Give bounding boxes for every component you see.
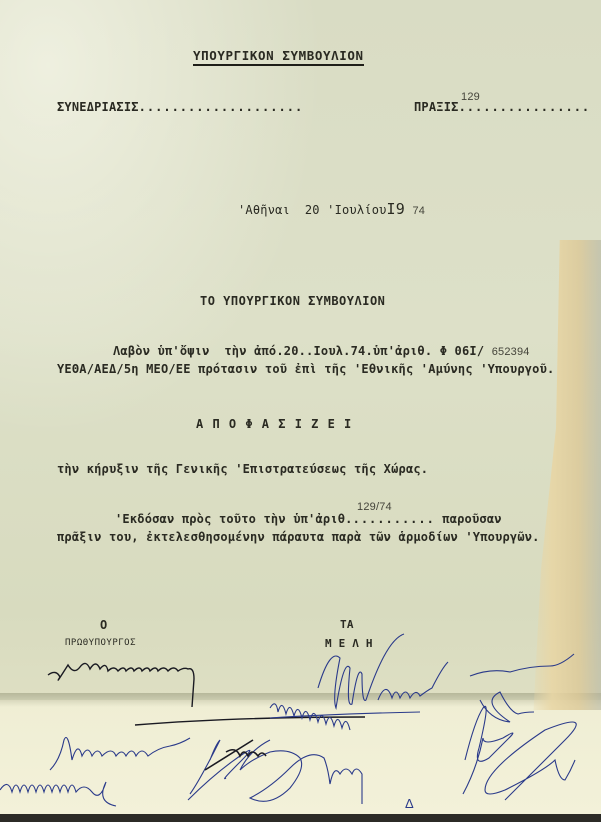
session-dots: .................... (139, 100, 304, 114)
act-number: 129 (461, 91, 480, 103)
para2-text-b: παροῦσαν (435, 512, 502, 526)
bottom-border (0, 814, 601, 822)
date-month: 'Ιουλίου (327, 203, 386, 217)
date-year-hand: 74 (412, 205, 425, 217)
para1-hand-number: 652394 (492, 346, 530, 358)
para1-text-a: Λαβὸν ὑπ'ὄψιν τὴν ἀπό. (113, 344, 284, 358)
session-label: ΣΥΝΕΔΡΙΑΣΙΣ (57, 100, 139, 114)
date-year-typed: I9 (387, 200, 405, 218)
corner-mark: Δ (405, 796, 414, 811)
right-sign-title: Μ Ε Λ Η (325, 637, 373, 650)
decision-text: τὴν κήρυξιν τῆς Γενικῆς 'Επιστρατεύσεως … (57, 462, 428, 476)
para2-line2: πρᾶξιν του, ἐκτελεσθησομένην πάραυτα παρ… (57, 530, 540, 544)
session-field: ΣΥΝΕΔΡΙΑΣΙΣ.................... (57, 100, 303, 114)
para1-text-b: .ὑπ'ἀριθ. Φ 06I/ (365, 344, 484, 358)
para2-dots: .......... (353, 512, 435, 526)
para2-text-a: 'Εκδόσαν πρὸς τοῦτο τὴν ὑπ'ἀριθ. (115, 512, 353, 526)
header-title: ΥΠΟΥΡΓΙΚΟΝ ΣΥΜΒΟΥΛΙΟΝ (193, 48, 364, 66)
para2-line1: 'Εκδόσαν πρὸς τοῦτο τὴν ὑπ'ἀριθ.........… (115, 512, 502, 526)
date-line: 'Αθῆναι 20 'ΙουλίουI9 74 (238, 200, 425, 218)
para1-hand-date: 20..Ιουλ.74 (284, 344, 366, 358)
body-title: ΤΟ ΥΠΟΥΡΓΙΚΟΝ ΣΥΜΒΟΥΛΙΟΝ (200, 294, 385, 308)
place-label: 'Αθῆναι (238, 203, 290, 217)
left-sign-title: ΠΡΩΘΥΠΟΥΡΓΟΣ (65, 638, 136, 648)
para1-line2: ΥΕΘΑ/ΑΕΔ/5η ΜΕΟ/ΕΕ πρότασιν τοῦ ἐπὶ τῆς … (57, 362, 554, 376)
lower-sheet (0, 700, 601, 815)
date-day: 20 (305, 203, 320, 217)
right-sign-heading: ΤΑ (340, 618, 354, 631)
decision-heading: Α Π Ο Φ Α Σ Ι Ζ Ε Ι (196, 417, 352, 431)
act-field: ΠΡΑΞΙΣ................ (414, 100, 590, 114)
para1-line1: Λαβὸν ὑπ'ὄψιν τὴν ἀπό.20..Ιουλ.74.ὑπ'ἀρι… (113, 344, 530, 358)
fold-shadow (0, 693, 601, 707)
left-sign-heading: Ο (100, 618, 107, 632)
para2-hand-number: 129/74 (357, 501, 392, 513)
act-label: ΠΡΑΞΙΣ (414, 100, 459, 114)
